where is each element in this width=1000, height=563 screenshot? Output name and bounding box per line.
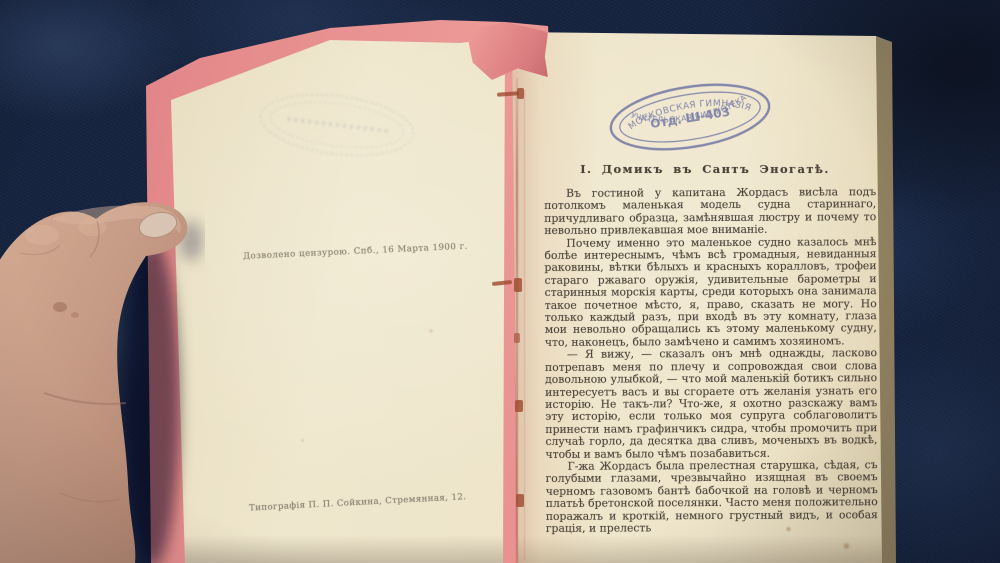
gutter-fold-line-2	[524, 90, 525, 560]
chapter-heading: I. Домикъ въ Сантъ Эногатѣ.	[552, 162, 858, 176]
binding-thread	[514, 333, 520, 343]
knuckle-dimple	[53, 302, 67, 312]
foxing-spot	[852, 512, 857, 517]
paragraph: — Я вижу, — сказалъ онъ мнѣ однажды, лас…	[545, 347, 878, 460]
foxing-spot	[300, 438, 305, 443]
binding-thread	[517, 88, 524, 99]
knuckle-highlight-spot	[25, 225, 59, 245]
foxing-spot	[785, 526, 792, 532]
foxing-spot	[780, 440, 785, 445]
paragraph: Г-жа Жордасъ была прелестная старушка, с…	[546, 459, 878, 535]
gutter-fold-line	[516, 78, 518, 563]
body-text: Въ гостиной у капитана Жордасъ висѣла по…	[544, 186, 878, 535]
hand	[0, 193, 205, 563]
paragraph: Почему именно это маленькое судно казало…	[544, 236, 877, 349]
binding-thread	[516, 494, 524, 507]
foxing-spot	[842, 542, 851, 550]
photo-open-book: Дозволено цензурою. Спб., 16 Марта 1900 …	[0, 0, 1000, 563]
knuckle-highlight-spot	[78, 218, 106, 236]
hand-shadow	[124, 238, 180, 563]
foxing-spot	[428, 328, 434, 334]
binding-thread	[515, 400, 523, 412]
binding-thread	[514, 278, 522, 292]
knuckle-dimple	[71, 312, 79, 318]
foxing-spot	[862, 478, 866, 482]
paragraph: Въ гостиной у капитана Жордасъ висѣла по…	[544, 186, 876, 237]
